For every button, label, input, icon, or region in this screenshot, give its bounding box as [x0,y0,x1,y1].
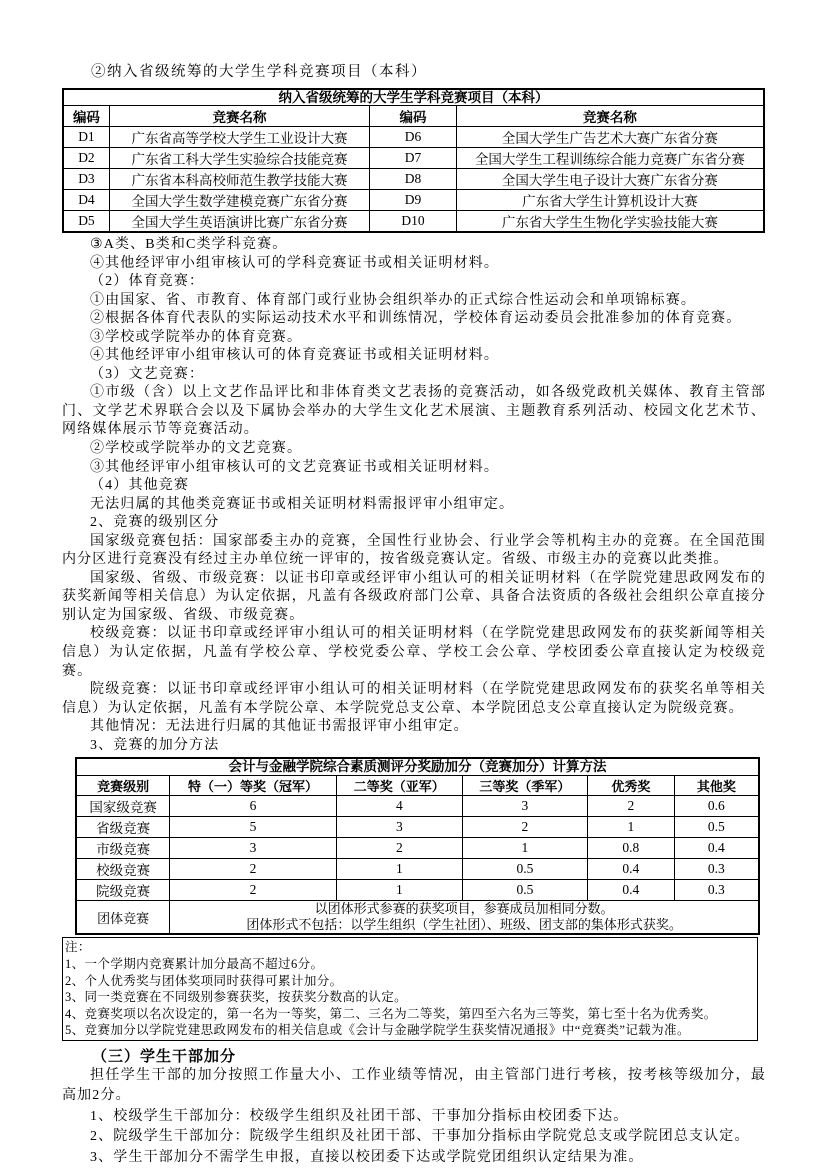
score-cell: 3 [170,838,336,859]
note-line: 3、同一类竞赛在不同级别参赛获奖，按获奖分数高的认定。 [65,989,755,1006]
note-line: 5、竞赛加分以学院党建思政网发布的相关信息或《会计与金融学院学生获奖情况通报》中… [65,1022,755,1039]
note-line: 4、竞赛奖项以名次设定的，第一名为一等奖，第二、三名为二等奖，第四至六名为三等奖… [65,1006,755,1023]
code-cell: D4 [63,190,109,211]
notes-label: 注： [65,939,755,956]
level-cell: 国家级竞赛 [76,796,170,817]
body-section-competitions: ③A类、B类和C类学科竞赛。 ④其他经评审小组审核认可的学科竞赛证书或相关证明材… [62,236,766,755]
column-header-code: 编码 [63,106,109,127]
table-row: 省级竞赛 5 3 2 1 0.5 [76,817,759,838]
table-row: 市级竞赛 3 2 1 0.8 0.4 [76,838,759,859]
score-cell: 0.5 [462,859,587,880]
score-cell: 1 [462,838,587,859]
score-cell: 5 [170,817,336,838]
paragraph: ④其他经评审小组审核认可的体育竞赛证书或相关证明材料。 [62,347,766,366]
table-provincial-competitions: 纳入省级统筹的大学生学科竞赛项目（本科） 编码 竞赛名称 编码 竞赛名称 D1 … [62,88,765,233]
paragraph: ①由国家、省、市教育、体育部门或行业协会组织举办的正式综合性运动会和单项锦标赛。 [62,292,766,311]
code-cell: D7 [370,148,457,169]
column-header-third-prize: 三等奖（季军） [462,776,587,796]
competition-name-cell: 全国大学生广告艺术大赛广东省分赛 [456,127,764,148]
score-cell: 2 [170,859,336,880]
table-title-row: 会计与金融学院综合素质测评分奖励加分（竞赛加分）计算方法 [76,758,759,776]
table-row: D1 广东省高等学校大学生工业设计大赛 D6 全国大学生广告艺术大赛广东省分赛 [63,127,764,148]
score-cell: 2 [462,817,587,838]
column-header-other-prize: 其他奖 [674,776,759,796]
score-cell: 1 [336,859,462,880]
team-rule-line1: 以团体形式参赛的获奖项目，参赛成员加相同分数。 [172,901,756,917]
table-header-row: 编码 竞赛名称 编码 竞赛名称 [63,106,764,127]
table-title: 会计与金融学院综合素质测评分奖励加分（竞赛加分）计算方法 [76,758,759,776]
column-header-code: 编码 [370,106,457,127]
paragraph: ①市级（含）以上文艺作品评比和非体育类文艺表扬的竞赛活动，如各级党政机关媒体、教… [62,384,766,440]
score-cell: 0.4 [587,859,674,880]
competition-name-cell: 全国大学生电子设计大赛广东省分赛 [456,169,764,190]
paragraph: 3、竞赛的加分方法 [62,737,766,756]
team-rule-cell: 以团体形式参赛的获奖项目，参赛成员加相同分数。 团体形式不包括：以学生组织（学生… [170,901,759,935]
table-row: D2 广东省工科大学生实验综合技能竞赛 D7 全国大学生工程训练综合能力竞赛广东… [63,148,764,169]
team-competition-row: 团体竞赛 以团体形式参赛的获奖项目，参赛成员加相同分数。 团体形式不包括：以学生… [76,901,759,935]
table-row: D3 广东省本科高校师范生教学技能大赛 D8 全国大学生电子设计大赛广东省分赛 [63,169,764,190]
score-cell: 2 [587,796,674,817]
document-content: ②纳入省级统筹的大学生学科竞赛项目（本科） 纳入省级统筹的大学生学科竞赛项目（本… [62,62,766,1168]
column-header-competition-name: 竞赛名称 [456,106,764,127]
code-cell: D5 [63,211,109,233]
paragraph: 担任学生干部的加分按照工作量大小、工作业绩等情况，由主管部门进行考核，按考核等级… [62,1066,766,1107]
level-cell: 市级竞赛 [76,838,170,859]
table-row: 国家级竞赛 6 4 3 2 0.6 [76,796,759,817]
level-cell: 省级竞赛 [76,817,170,838]
code-cell: D3 [63,169,109,190]
paragraph: （2）体育竞赛： [62,273,766,292]
paragraph: 国家级、省级、市级竞赛：以证书印章或经评审小组认可的相关证明材料（在学院党建思政… [62,570,766,626]
table-row: D4 全国大学生数学建模竞赛广东省分赛 D9 广东省大学生计算机设计大赛 [63,190,764,211]
paragraph: 其他情况：无法进行归属的其他证书需报评审小组审定。 [62,718,766,737]
paragraph: 校级竞赛：以证书印章或经评审小组认可的相关证明材料（在学院党建思政网发布的获奖新… [62,625,766,681]
paragraph: 国家级竞赛包括：国家部委主办的竞赛，全国性行业协会、行业学会等机构主办的竞赛。在… [62,533,766,570]
column-header-level: 竞赛级别 [76,776,170,796]
competition-name-cell: 广东省工科大学生实验综合技能竞赛 [109,148,369,169]
score-cell: 0.6 [674,796,759,817]
score-cell: 3 [336,817,462,838]
paragraph: 3、学生干部加分不需学生申报，直接以校团委下达或学院党团组织认定结果为准。 [62,1148,766,1169]
level-cell: 校级竞赛 [76,859,170,880]
level-cell: 院级竞赛 [76,880,170,901]
score-cell: 1 [587,817,674,838]
score-cell: 0.5 [462,880,587,901]
code-cell: D8 [370,169,457,190]
table-row: D5 全国大学生英语演讲比赛广东省分赛 D10 广东省大学生生物化学实验技能大赛 [63,211,764,233]
paragraph: ③其他经评审小组审核认可的文艺竞赛证书或相关证明材料。 [62,459,766,478]
paragraph: ③学校或学院举办的体育竞赛。 [62,329,766,348]
score-cell: 0.3 [674,859,759,880]
paragraph: （4）其他竞赛 [62,477,766,496]
code-cell: D10 [370,211,457,233]
column-header-competition-name: 竞赛名称 [109,106,369,127]
competition-name-cell: 广东省大学生生物化学实验技能大赛 [456,211,764,233]
score-cell: 0.5 [674,817,759,838]
score-cell: 2 [336,838,462,859]
section-student-cadre: 担任学生干部的加分按照工作量大小、工作业绩等情况，由主管部门进行考核，按考核等级… [62,1066,766,1169]
score-cell: 0.4 [674,838,759,859]
competition-name-cell: 广东省高等学校大学生工业设计大赛 [109,127,369,148]
note-line: 1、一个学期内竞赛累计加分最高不超过6分。 [65,956,755,973]
document-page: ②纳入省级统筹的大学生学科竞赛项目（本科） 纳入省级统筹的大学生学科竞赛项目（本… [0,0,827,1169]
paragraph: ④其他经评审小组审核认可的学科竞赛证书或相关证明材料。 [62,255,766,274]
intro-line: ②纳入省级统筹的大学生学科竞赛项目（本科） [62,62,766,82]
competition-name-cell: 全国大学生英语演讲比赛广东省分赛 [109,211,369,233]
column-header-second-prize: 二等奖（亚军） [336,776,462,796]
table-title-row: 纳入省级统筹的大学生学科竞赛项目（本科） [63,89,764,106]
column-header-first-prize: 特（一）等奖（冠军） [170,776,336,796]
note-line: 2、个人优秀奖与团体奖项同时获得可累计加分。 [65,973,755,990]
code-cell: D9 [370,190,457,211]
paragraph: ②根据各体育代表队的实际运动技术水平和训练情况，学校体育运动委员会批准参加的体育… [62,310,766,329]
score-cell: 0.3 [674,880,759,901]
table-header-row: 竞赛级别 特（一）等奖（冠军） 二等奖（亚军） 三等奖（季军） 优秀奖 其他奖 [76,776,759,796]
paragraph: （3）文艺竞赛： [62,366,766,385]
score-cell: 0.4 [587,880,674,901]
competition-name-cell: 广东省本科高校师范生教学技能大赛 [109,169,369,190]
code-cell: D1 [63,127,109,148]
team-rule-text: 以团体形式参赛的获奖项目，参赛成员加相同分数。 团体形式不包括：以学生组织（学生… [172,901,756,933]
paragraph: 院级竞赛：以证书印章或经评审小组认可的相关证明材料（在学院党建思政网发布的获奖名… [62,681,766,718]
code-cell: D2 [63,148,109,169]
competition-name-cell: 广东省大学生计算机设计大赛 [456,190,764,211]
score-cell: 0.8 [587,838,674,859]
table-title: 纳入省级统筹的大学生学科竞赛项目（本科） [63,89,764,106]
table-scoring-method: 会计与金融学院综合素质测评分奖励加分（竞赛加分）计算方法 竞赛级别 特（一）等奖… [75,757,760,935]
paragraph: 2、院级学生干部加分：院级学生组织及社团干部、干事加分指标由学院党总支或学院团总… [62,1127,766,1148]
paragraph: 2、竞赛的级别区分 [62,514,766,533]
level-cell: 团体竞赛 [76,901,170,935]
notes-box: 注： 1、一个学期内竞赛累计加分最高不超过6分。 2、个人优秀奖与团体奖项同时获… [62,937,758,1041]
team-rule-line2: 团体形式不包括：以学生组织（学生社团）、班级、团支部的集体形式获奖。 [172,917,756,933]
table-row: 院级竞赛 2 1 0.5 0.4 0.3 [76,880,759,901]
table-row: 校级竞赛 2 1 0.5 0.4 0.3 [76,859,759,880]
score-cell: 2 [170,880,336,901]
section-heading-student-cadre: （三）学生干部加分 [62,1045,766,1066]
paragraph: ②学校或学院举办的文艺竞赛。 [62,440,766,459]
paragraph: ③A类、B类和C类学科竞赛。 [62,236,766,255]
column-header-excellence-prize: 优秀奖 [587,776,674,796]
paragraph: 无法归属的其他类竞赛证书或相关证明材料需报评审小组审定。 [62,496,766,515]
score-cell: 6 [170,796,336,817]
competition-name-cell: 全国大学生工程训练综合能力竞赛广东省分赛 [456,148,764,169]
code-cell: D6 [370,127,457,148]
score-cell: 3 [462,796,587,817]
paragraph: 1、校级学生干部加分：校级学生组织及社团干部、干事加分指标由校团委下达。 [62,1107,766,1128]
competition-name-cell: 全国大学生数学建模竞赛广东省分赛 [109,190,369,211]
score-cell: 1 [336,880,462,901]
score-cell: 4 [336,796,462,817]
